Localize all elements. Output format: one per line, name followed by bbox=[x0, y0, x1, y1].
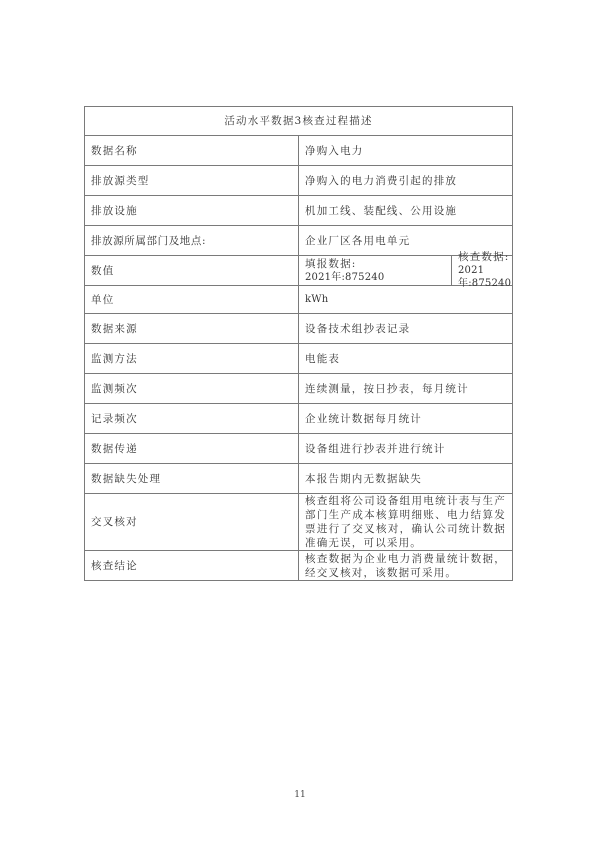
table-row: 排放设施 机加工线、装配线、公用设施 bbox=[85, 196, 513, 226]
row-value: 核查数据为企业电力消费量统计数据，经交叉核对，该数据可采用。 bbox=[299, 551, 513, 581]
verified-data-value: 2021年:875240 bbox=[458, 264, 511, 290]
table-row-values: 数值 填报数据: 2021年:875240 核查数据: 2021年:875240 bbox=[85, 256, 513, 286]
table-row: 数据传递 设备组进行抄表并进行统计 bbox=[85, 434, 513, 464]
row-label: 数据名称 bbox=[85, 136, 299, 166]
table-row: 监测频次 连续测量，按日抄表，每月统计 bbox=[85, 374, 513, 404]
table-row: 数据来源 设备技术组抄表记录 bbox=[85, 314, 513, 344]
row-label: 数值 bbox=[85, 256, 299, 286]
row-value: 电能表 bbox=[299, 344, 513, 374]
table-row: 记录频次 企业统计数据每月统计 bbox=[85, 404, 513, 434]
row-label: 监测方法 bbox=[85, 344, 299, 374]
row-value: 净购入电力 bbox=[299, 136, 513, 166]
table-row: 数据名称 净购入电力 bbox=[85, 136, 513, 166]
row-value-split: 填报数据: 2021年:875240 核查数据: 2021年:875240 bbox=[299, 256, 513, 286]
table-row: 单位 kWh bbox=[85, 286, 513, 314]
table-row: 监测方法 电能表 bbox=[85, 344, 513, 374]
reported-data-value: 2021年:875240 bbox=[305, 271, 445, 284]
row-label: 记录频次 bbox=[85, 404, 299, 434]
row-value: 净购入的电力消费引起的排放 bbox=[299, 166, 513, 196]
row-value: 企业统计数据每月统计 bbox=[299, 404, 513, 434]
reported-data-cell: 填报数据: 2021年:875240 bbox=[299, 256, 452, 285]
verified-data-cell: 核查数据: 2021年:875240 bbox=[452, 256, 517, 285]
verified-data-label: 核查数据: bbox=[458, 251, 511, 264]
row-label: 核查结论 bbox=[85, 551, 299, 581]
row-label: 数据缺失处理 bbox=[85, 464, 299, 494]
row-value: 本报告期内无数据缺失 bbox=[299, 464, 513, 494]
row-label: 排放源所属部门及地点: bbox=[85, 226, 299, 256]
row-value: 连续测量，按日抄表，每月统计 bbox=[299, 374, 513, 404]
row-label: 排放设施 bbox=[85, 196, 299, 226]
table-title-row: 活动水平数据3核查过程描述 bbox=[85, 107, 513, 136]
row-label: 单位 bbox=[85, 286, 299, 314]
row-value: 设备组进行抄表并进行统计 bbox=[299, 434, 513, 464]
table-row: 排放源所属部门及地点: 企业厂区各用电单元 bbox=[85, 226, 513, 256]
table-row: 排放源类型 净购入的电力消费引起的排放 bbox=[85, 166, 513, 196]
page-number: 11 bbox=[0, 790, 600, 800]
row-label: 交叉核对 bbox=[85, 494, 299, 551]
row-value: 机加工线、装配线、公用设施 bbox=[299, 196, 513, 226]
document-page: 活动水平数据3核查过程描述 数据名称 净购入电力 排放源类型 净购入的电力消费引… bbox=[0, 0, 600, 849]
row-label: 数据来源 bbox=[85, 314, 299, 344]
reported-data-label: 填报数据: bbox=[305, 258, 445, 271]
row-label: 监测频次 bbox=[85, 374, 299, 404]
row-label: 数据传递 bbox=[85, 434, 299, 464]
row-value: 核查组将公司设备组用电统计表与生产部门生产成本核算明细账、电力结算发票进行了交叉… bbox=[299, 494, 513, 551]
row-value: 设备技术组抄表记录 bbox=[299, 314, 513, 344]
table-row: 交叉核对 核查组将公司设备组用电统计表与生产部门生产成本核算明细账、电力结算发票… bbox=[85, 494, 513, 551]
row-label: 排放源类型 bbox=[85, 166, 299, 196]
verification-table: 活动水平数据3核查过程描述 数据名称 净购入电力 排放源类型 净购入的电力消费引… bbox=[84, 106, 513, 581]
table-row: 数据缺失处理 本报告期内无数据缺失 bbox=[85, 464, 513, 494]
table-row: 核查结论 核查数据为企业电力消费量统计数据，经交叉核对，该数据可采用。 bbox=[85, 551, 513, 581]
table-title: 活动水平数据3核查过程描述 bbox=[85, 107, 513, 136]
